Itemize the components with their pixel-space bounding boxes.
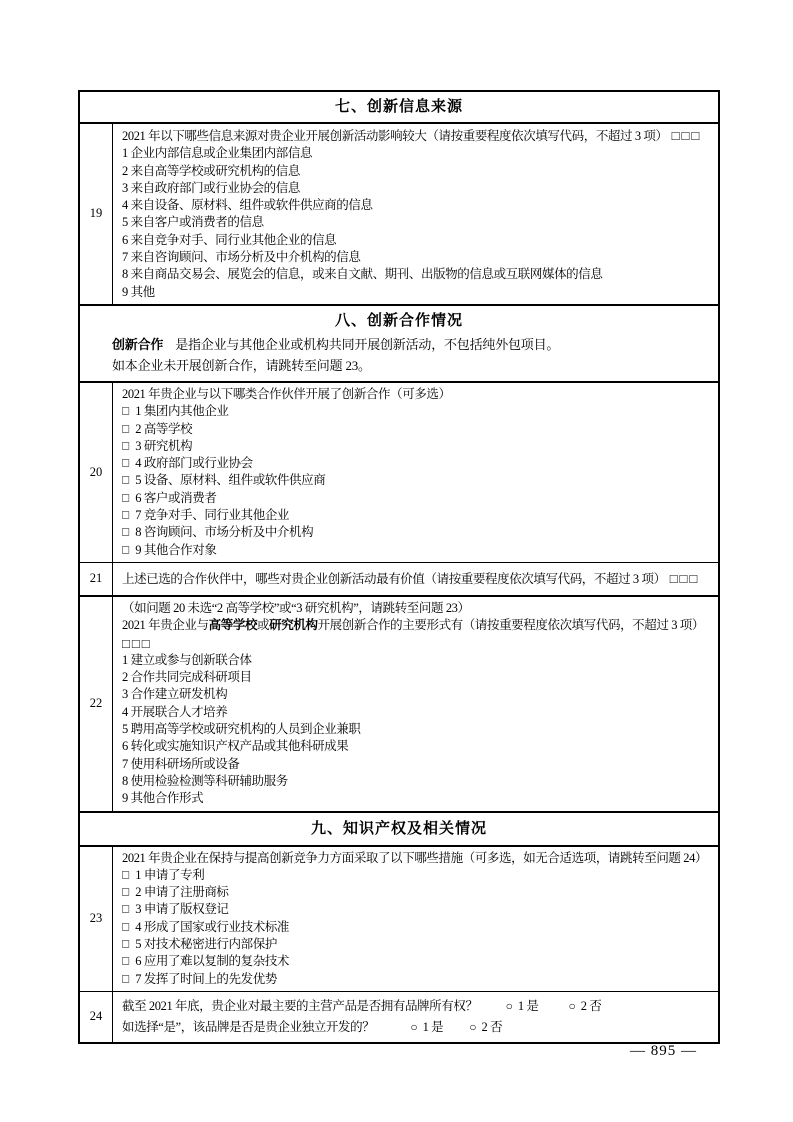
q23-option-3-label: 3 申请了版权登记: [135, 902, 228, 916]
radio-icon[interactable]: ○: [506, 996, 513, 1017]
checkbox-icon[interactable]: □: [122, 884, 129, 901]
checkbox-icon[interactable]: □: [122, 970, 129, 987]
question-19-text: 2021 年以下哪些信息来源对贵企业开展创新活动影响较大（请按重要程度依次填写代…: [122, 127, 712, 145]
question-21-row: 21 上述已选的合作伙伴中，哪些对贵企业创新活动最有价值（请按重要程度依次填写代…: [80, 562, 718, 595]
question-22-row: 22 （如问题 20 未选“2 高等学校”或“3 研究机构”，请跳转至问题 23…: [80, 595, 718, 811]
q22-option-3: 3 合作建立研发机构: [122, 686, 712, 703]
q23-option-3: □3 申请了版权登记: [122, 901, 712, 918]
q22-text-post: 开展创新合作的主要形式有（请按重要程度依次填写代码，不超过 3 项）: [318, 618, 704, 632]
q20-option-5: □5 设备、原材料、组件或软件供应商: [122, 472, 712, 489]
answer-code-boxes[interactable]: □□□: [672, 128, 702, 143]
q20-option-3-label: 3 研究机构: [135, 439, 192, 453]
q19-option-7: 7 来自咨询顾问、市场分析及中介机构的信息: [122, 249, 712, 266]
question-21-text: 上述已选的合作伙伴中，哪些对贵企业创新活动最有价值（请按重要程度依次填写代码，不…: [122, 570, 699, 588]
q24-line-1: 截至 2021 年底，贵企业对最主要的主营产品是否拥有品牌所有权？○1 是○2 …: [122, 996, 712, 1017]
checkbox-icon[interactable]: □: [122, 420, 129, 437]
q22-text-pre: 2021 年贵企业与: [122, 618, 209, 632]
q24-line2-yes-label: 1 是: [423, 1020, 444, 1034]
q23-option-2: □2 申请了注册商标: [122, 884, 712, 901]
checkbox-icon[interactable]: □: [122, 507, 129, 524]
answer-code-boxes[interactable]: □□□: [670, 571, 700, 586]
q19-option-9: 9 其他: [122, 284, 712, 301]
section-9-title: 九、知识产权及相关情况: [80, 811, 718, 845]
section-8-skip-note: 如本企业未开展创新合作，请跳转至问题 23。: [80, 355, 718, 376]
q23-option-7-label: 7 发挥了时间上的先发优势: [135, 972, 277, 986]
checkbox-icon[interactable]: □: [122, 918, 129, 935]
q22-bold-universities: 高等学校: [209, 618, 257, 632]
q20-option-7-label: 7 竞争对手、同行业其他企业: [135, 508, 289, 522]
q23-option-6-label: 6 应用了难以复制的复杂技术: [135, 954, 289, 968]
q24-question-1: 截至 2021 年底，贵企业对最主要的主营产品是否拥有品牌所有权？: [122, 999, 478, 1013]
q22-option-2: 2 合作共同完成科研项目: [122, 669, 712, 686]
question-20-text: 2021 年贵企业与以下哪类合作伙伴开展了创新合作（可多选）: [122, 386, 712, 403]
question-24-body: 截至 2021 年底，贵企业对最主要的主营产品是否拥有品牌所有权？○1 是○2 …: [113, 992, 718, 1042]
q20-option-2-label: 2 高等学校: [135, 422, 192, 436]
q22-option-4: 4 开展联合人才培养: [122, 704, 712, 721]
q22-option-9: 9 其他合作形式: [122, 790, 712, 807]
q20-option-2: □2 高等学校: [122, 421, 712, 438]
question-23-number: 23: [80, 847, 113, 991]
q22-option-5: 5 聘用高等学校或研究机构的人员到企业兼职: [122, 721, 712, 738]
question-22-note: （如问题 20 未选“2 高等学校”或“3 研究机构”，请跳转至问题 23）: [122, 600, 712, 617]
q19-option-6: 6 来自竞争对手、同行业其他企业的信息: [122, 232, 712, 249]
q19-option-5: 5 来自客户或消费者的信息: [122, 214, 712, 231]
q23-option-5-label: 5 对技术秘密进行内部保护: [135, 937, 277, 951]
q22-bold-institutes: 研究机构: [269, 618, 317, 632]
question-20-body: 2021 年贵企业与以下哪类合作伙伴开展了创新合作（可多选） □1 集团内其他企…: [113, 383, 718, 562]
question-19-label: 2021 年以下哪些信息来源对贵企业开展创新活动影响较大（请按重要程度依次填写代…: [122, 129, 668, 143]
q23-option-5: □5 对技术秘密进行内部保护: [122, 936, 712, 953]
q24-line-2: 如选择“是”，该品牌是否是贵企业独立开发的？○1 是○2 否: [122, 1017, 712, 1038]
page-number: — 895 —: [630, 1043, 697, 1060]
question-20-row: 20 2021 年贵企业与以下哪类合作伙伴开展了创新合作（可多选） □1 集团内…: [80, 381, 718, 562]
q23-option-7: □7 发挥了时间上的先发优势: [122, 971, 712, 988]
question-22-text: 2021 年贵企业与高等学校或研究机构开展创新合作的主要形式有（请按重要程度依次…: [122, 617, 712, 634]
question-24-number: 24: [80, 992, 113, 1042]
q22-option-7: 7 使用科研场所或设备: [122, 756, 712, 773]
q24-question-2: 如选择“是”，该品牌是否是贵企业独立开发的？: [122, 1020, 374, 1034]
question-22-body: （如问题 20 未选“2 高等学校”或“3 研究机构”，请跳转至问题 23） 2…: [113, 597, 718, 811]
question-19-body: 2021 年以下哪些信息来源对贵企业开展创新活动影响较大（请按重要程度依次填写代…: [113, 124, 718, 304]
question-24-row: 24 截至 2021 年底，贵企业对最主要的主营产品是否拥有品牌所有权？○1 是…: [80, 991, 718, 1042]
checkbox-icon[interactable]: □: [122, 541, 129, 558]
question-21-label: 上述已选的合作伙伴中，哪些对贵企业创新活动最有价值（请按重要程度依次填写代码，不…: [122, 572, 666, 586]
q20-option-3: □3 研究机构: [122, 438, 712, 455]
q24-line1-yes-label: 1 是: [518, 999, 539, 1013]
question-19-row: 19 2021 年以下哪些信息来源对贵企业开展创新活动影响较大（请按重要程度依次…: [80, 122, 718, 304]
q24-line1-no-label: 2 否: [581, 999, 602, 1013]
q20-option-9: □9 其他合作对象: [122, 542, 712, 559]
q19-option-4: 4 来自设备、原材料、组件或软件供应商的信息: [122, 197, 712, 214]
checkbox-icon[interactable]: □: [122, 472, 129, 489]
section-8-term: 创新合作: [112, 337, 163, 352]
q20-option-4-label: 4 政府部门或行业协会: [135, 456, 252, 470]
questionnaire-table: 七、创新信息来源 19 2021 年以下哪些信息来源对贵企业开展创新活动影响较大…: [78, 90, 720, 1044]
question-22-number: 22: [80, 597, 113, 811]
q22-option-1: 1 建立或参与创新联合体: [122, 652, 712, 669]
q20-option-7: □7 竞争对手、同行业其他企业: [122, 507, 712, 524]
checkbox-icon[interactable]: □: [122, 901, 129, 918]
checkbox-icon[interactable]: □: [122, 455, 129, 472]
q20-option-6: □6 客户或消费者: [122, 490, 712, 507]
q20-option-6-label: 6 客户或消费者: [135, 491, 216, 505]
question-21-number: 21: [80, 563, 113, 595]
checkbox-icon[interactable]: □: [122, 524, 129, 541]
question-23-row: 23 2021 年贵企业在保持与提高创新竞争力方面采取了以下哪些措施（可多选，如…: [80, 845, 718, 991]
q19-option-3: 3 来自政府部门或行业协会的信息: [122, 180, 712, 197]
q19-option-1: 1 企业内部信息或企业集团内部信息: [122, 145, 712, 162]
section-8-definition-text: 是指企业与其他企业或机构共同开展创新活动，不包括纯外包项目。: [175, 337, 559, 352]
radio-icon[interactable]: ○: [569, 996, 576, 1017]
question-23-text: 2021 年贵企业在保持与提高创新竞争力方面采取了以下哪些措施（可多选，如无合适…: [122, 850, 712, 867]
q20-option-1-label: 1 集团内其他企业: [135, 404, 228, 418]
q20-option-9-label: 9 其他合作对象: [135, 543, 216, 557]
q20-option-1: □1 集团内其他企业: [122, 403, 712, 420]
q20-option-8-label: 8 咨询顾问、市场分析及中介机构: [135, 525, 313, 539]
section-8-definition: 创新合作是指企业与其他企业或机构共同开展创新活动，不包括纯外包项目。: [80, 334, 718, 355]
question-19-number: 19: [80, 124, 113, 304]
q19-option-2: 2 来自高等学校或研究机构的信息: [122, 163, 712, 180]
radio-icon[interactable]: ○: [469, 1017, 476, 1038]
q22-option-8: 8 使用检验检测等科研辅助服务: [122, 773, 712, 790]
q23-option-4: □4 形成了国家或行业技术标准: [122, 919, 712, 936]
checkbox-icon[interactable]: □: [122, 866, 129, 883]
document-page: 七、创新信息来源 19 2021 年以下哪些信息来源对贵企业开展创新活动影响较大…: [0, 0, 793, 1122]
section-7-title: 七、创新信息来源: [80, 92, 718, 122]
section-8-block: 八、创新合作情况 创新合作是指企业与其他企业或机构共同开展创新活动，不包括纯外包…: [80, 304, 718, 381]
q23-option-6: □6 应用了难以复制的复杂技术: [122, 953, 712, 970]
q23-option-1: □1 申请了专利: [122, 867, 712, 884]
section-8-title: 八、创新合作情况: [80, 306, 718, 334]
q20-option-8: □8 咨询顾问、市场分析及中介机构: [122, 524, 712, 541]
question-21-body: 上述已选的合作伙伴中，哪些对贵企业创新活动最有价值（请按重要程度依次填写代码，不…: [113, 563, 718, 595]
question-20-number: 20: [80, 383, 113, 562]
radio-icon[interactable]: ○: [410, 1017, 417, 1038]
q24-line2-no-label: 2 否: [482, 1020, 503, 1034]
question-23-body: 2021 年贵企业在保持与提高创新竞争力方面采取了以下哪些措施（可多选，如无合适…: [113, 847, 718, 991]
q23-option-1-label: 1 申请了专利: [135, 868, 204, 882]
q19-option-8: 8 来自商品交易会、展览会的信息，或来自文献、期刊、出版物的信息或互联网媒体的信…: [122, 266, 712, 283]
q22-option-6: 6 转化或实施知识产权产品或其他科研成果: [122, 738, 712, 755]
q20-option-4: □4 政府部门或行业协会: [122, 455, 712, 472]
q23-option-4-label: 4 形成了国家或行业技术标准: [135, 920, 289, 934]
checkbox-icon[interactable]: □: [122, 953, 129, 970]
answer-code-boxes[interactable]: □□□: [122, 635, 712, 652]
q22-text-mid: 或: [257, 618, 269, 632]
checkbox-icon[interactable]: □: [122, 935, 129, 952]
q20-option-5-label: 5 设备、原材料、组件或软件供应商: [135, 473, 325, 487]
checkbox-icon[interactable]: □: [122, 403, 129, 420]
q23-option-2-label: 2 申请了注册商标: [135, 885, 228, 899]
checkbox-icon[interactable]: □: [122, 489, 129, 506]
checkbox-icon[interactable]: □: [122, 437, 129, 454]
